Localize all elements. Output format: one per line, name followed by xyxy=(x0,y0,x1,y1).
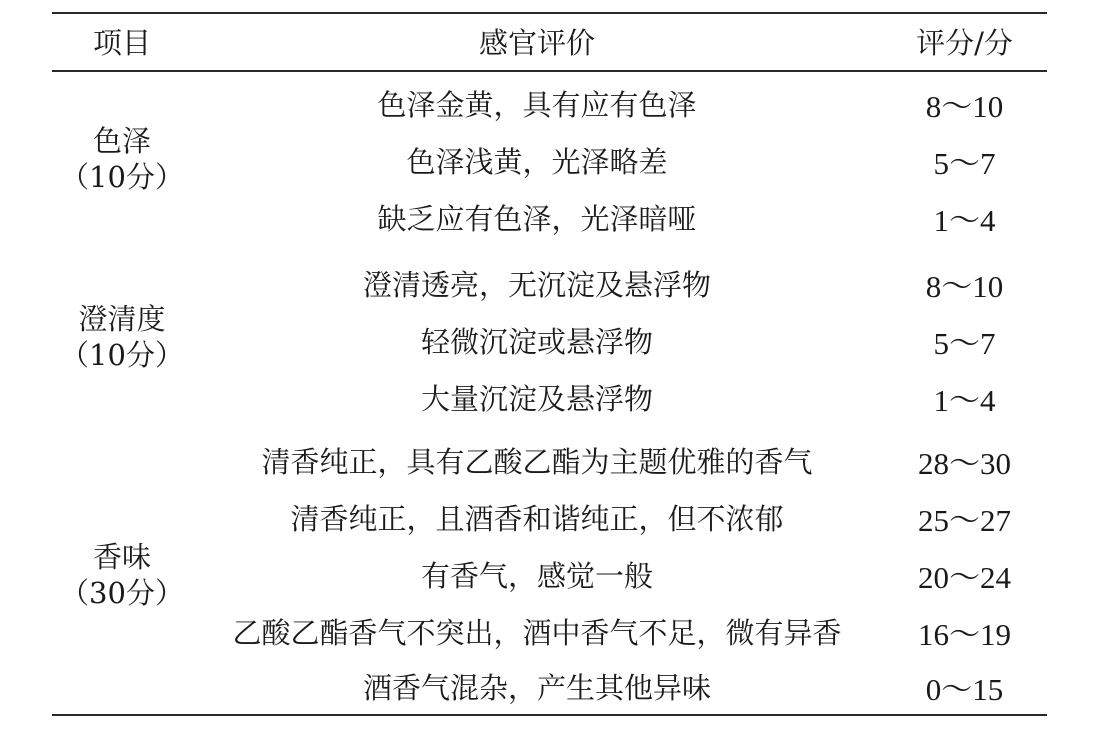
table-row-score: 8～10 xyxy=(882,75,1047,131)
table-row-evaluation: 清香纯正，且酒香和谐纯正，但不浓郁 xyxy=(192,489,882,545)
table-row-score: 20～24 xyxy=(882,546,1047,602)
header-rule xyxy=(52,70,1047,72)
table-row-score: 25～27 xyxy=(882,489,1047,545)
table-row-score: 16～19 xyxy=(882,603,1047,659)
table-row-evaluation: 乙酸乙酯香气不突出，酒中香气不足，微有异香 xyxy=(192,603,882,659)
table-row-evaluation: 轻微沉淀或悬浮物 xyxy=(192,312,882,368)
group-label-aroma: 香味 （30分） xyxy=(52,432,192,717)
header-evaluation: 感官评价 xyxy=(192,12,882,70)
group-label-clarity: 澄清度 （10分） xyxy=(52,252,192,422)
table-row-evaluation: 缺乏应有色泽，光泽暗哑 xyxy=(192,189,882,245)
bottom-rule xyxy=(52,714,1047,716)
table-row-evaluation: 色泽浅黄，光泽略差 xyxy=(192,132,882,188)
table-row-evaluation: 酒香气混杂，产生其他异味 xyxy=(192,658,882,714)
table-row-score: 8～10 xyxy=(882,255,1047,311)
table-row-evaluation: 澄清透亮，无沉淀及悬浮物 xyxy=(192,255,882,311)
group-label-color: 色泽 （10分） xyxy=(52,74,192,244)
group-item-name: 香味 xyxy=(93,539,151,575)
table-row-score: 1～4 xyxy=(882,189,1047,245)
group-item-name: 色泽 xyxy=(93,123,151,159)
header-item: 项目 xyxy=(52,12,192,70)
group-item-points: （10分） xyxy=(60,337,184,373)
table-row-score: 5～7 xyxy=(882,312,1047,368)
table-row-score: 1～4 xyxy=(882,369,1047,425)
table-row-score: 28～30 xyxy=(882,432,1047,488)
table-row-evaluation: 大量沉淀及悬浮物 xyxy=(192,369,882,425)
table-row-evaluation: 清香纯正，具有乙酸乙酯为主题优雅的香气 xyxy=(192,432,882,488)
header-score: 评分/分 xyxy=(882,12,1047,70)
table-row-evaluation: 有香气，感觉一般 xyxy=(192,546,882,602)
table-row-score: 5～7 xyxy=(882,132,1047,188)
group-item-points: （10分） xyxy=(60,159,184,195)
group-item-name: 澄清度 xyxy=(78,301,165,337)
table-row-evaluation: 色泽金黄，具有应有色泽 xyxy=(192,75,882,131)
group-item-points: （30分） xyxy=(60,575,184,611)
table-row-score: 0～15 xyxy=(882,658,1047,714)
